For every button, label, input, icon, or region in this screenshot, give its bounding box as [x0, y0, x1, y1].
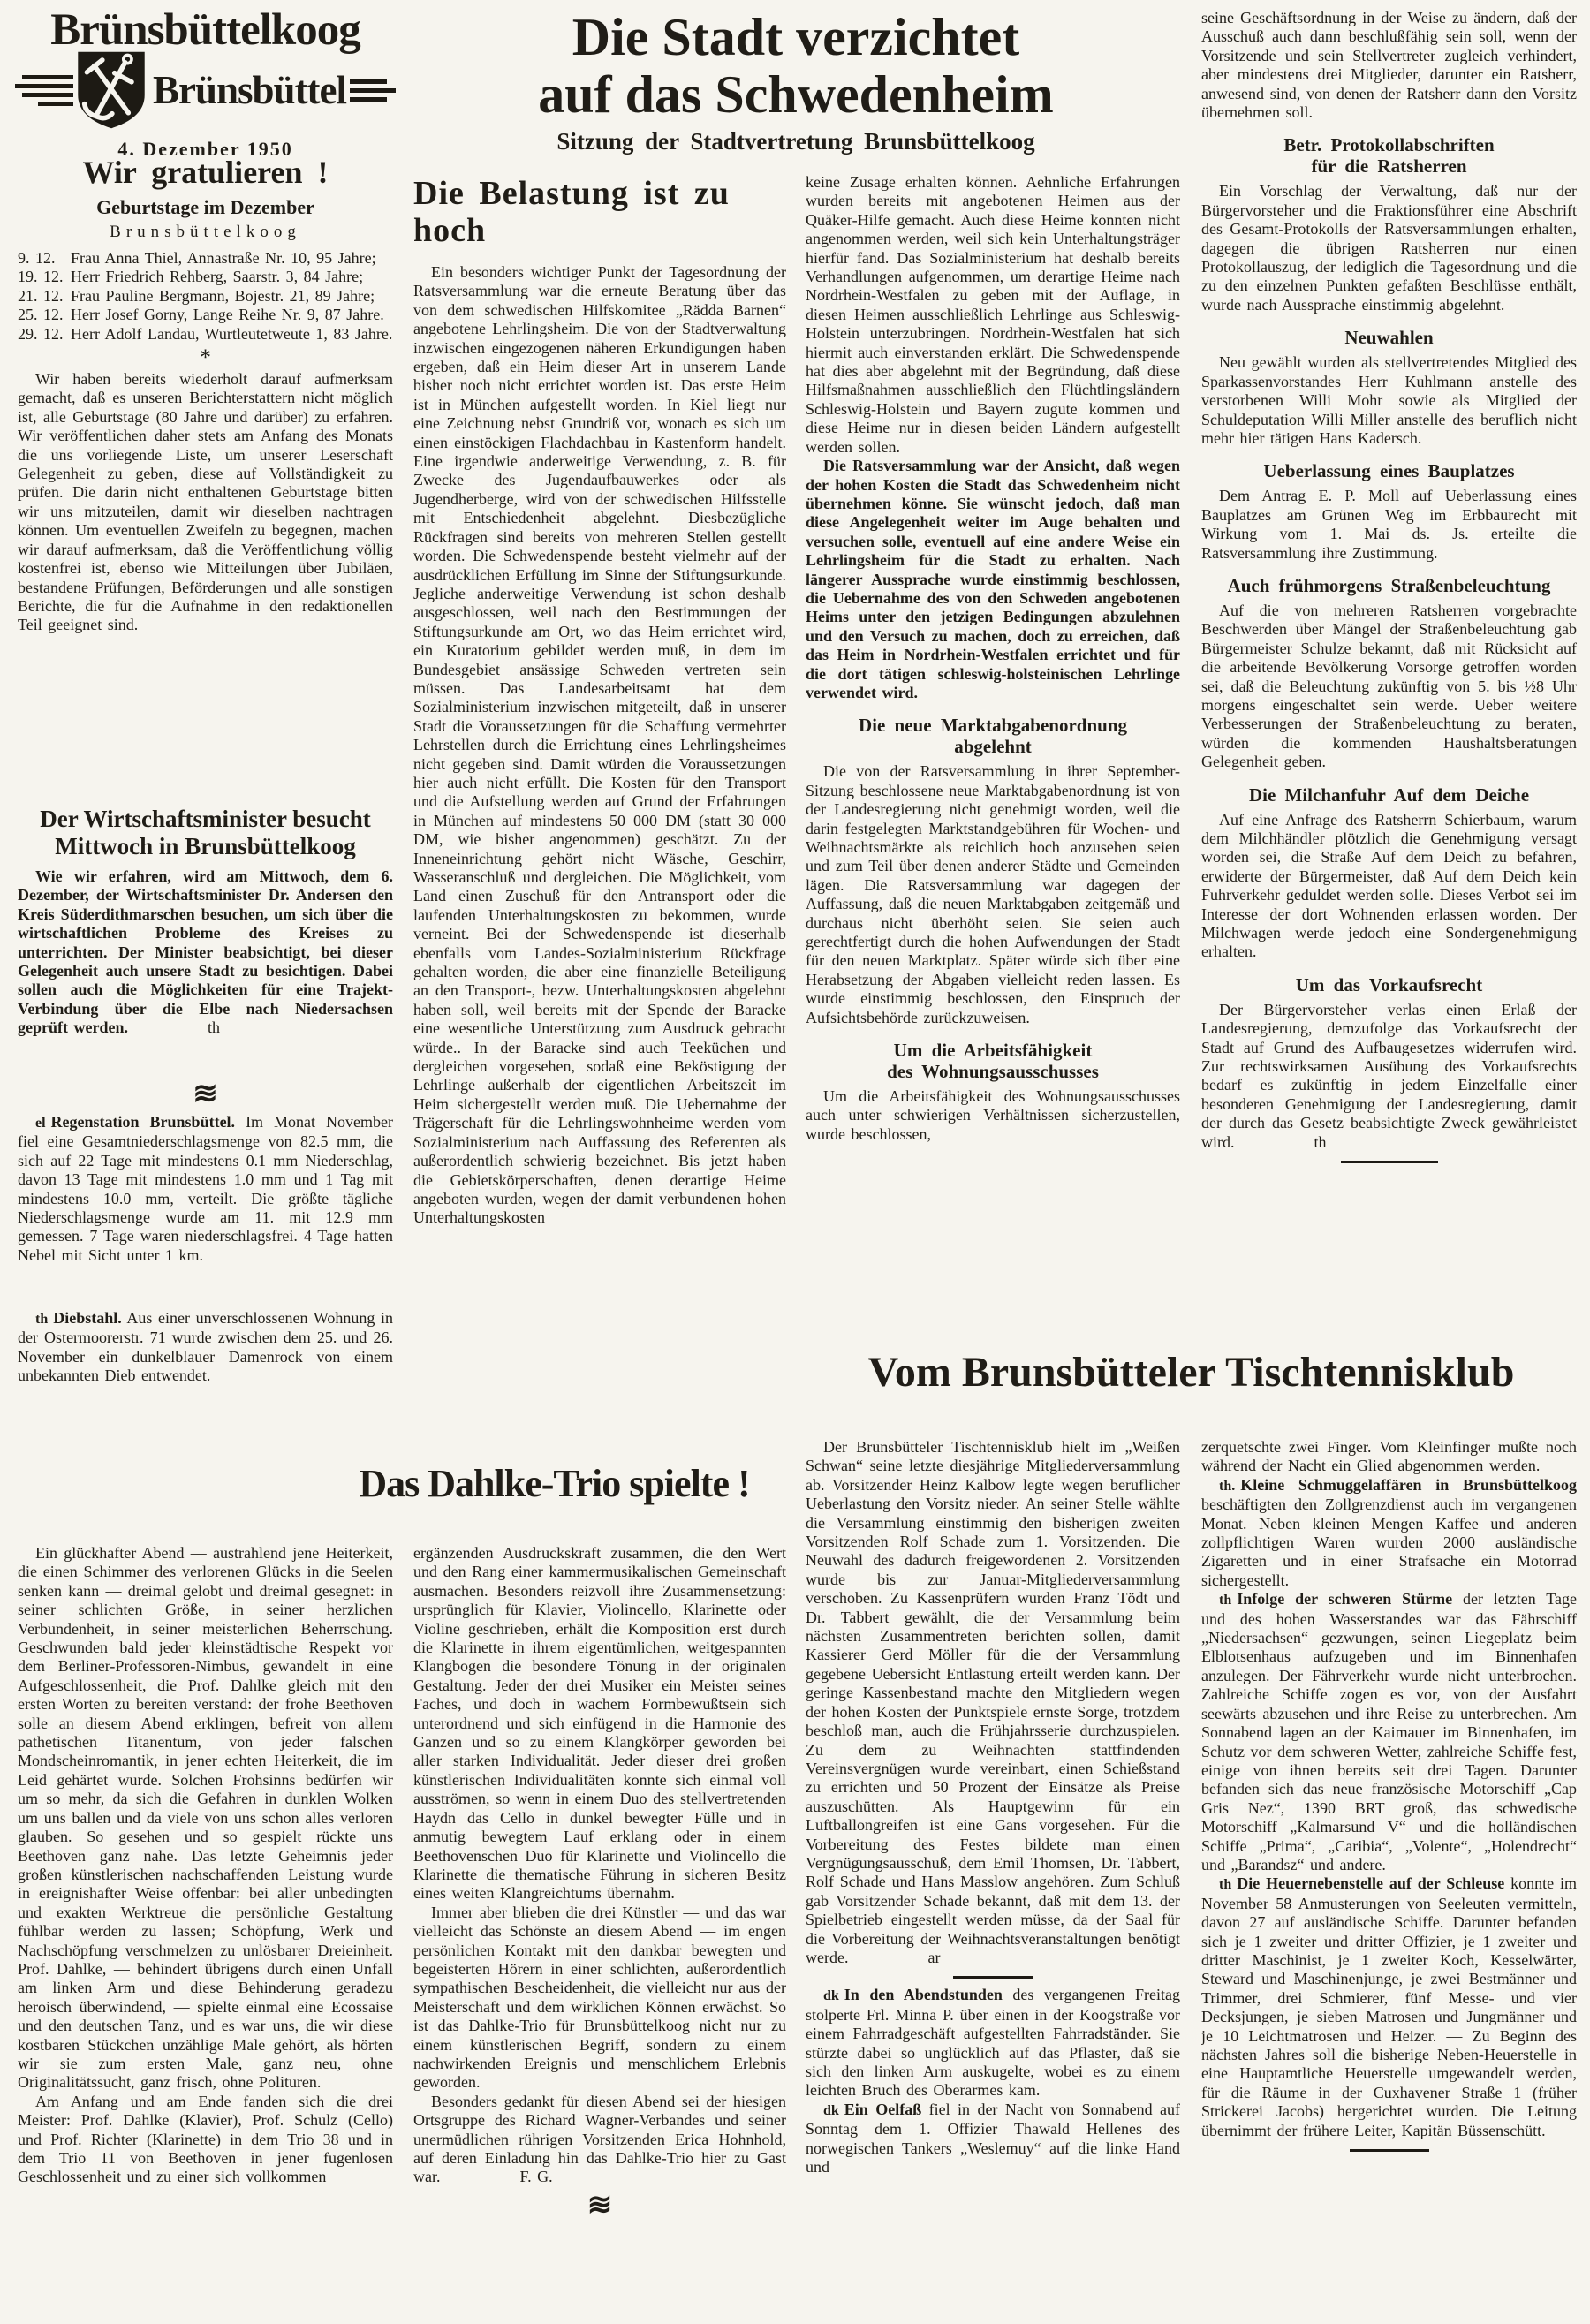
gratulieren-note: Wir haben bereits wiederholt darauf aufm…: [18, 370, 393, 635]
section-title-milchanfuhr: Die Milchanfuhr Auf dem Deiche: [1201, 784, 1577, 806]
gratulieren-title: Wir gratulieren !: [18, 155, 393, 189]
dahlke-col2: ergänzenden Ausdruckskraft zusammen, die…: [413, 1544, 786, 2324]
masthead-title-line2: Brünsbüttel: [153, 70, 346, 110]
wirtschaftsminister-title: Der Wirtschaftsminister besucht Mittwoch…: [18, 806, 393, 860]
newspaper-page: Brünsbüttelkoog Brünsbütte: [0, 0, 1590, 2324]
col4-continuation: seine Geschäftsordnung in der Weise zu ä…: [1201, 9, 1577, 122]
birthday-entry: 19. 12.Herr Friedrich Rehberg, Saarstr. …: [18, 268, 393, 286]
oelfass-continuation: zerquetschte zwei Finger. Vom Kleinfinge…: [1201, 1438, 1577, 1476]
dahlke-paragraph: Immer aber blieben die drei Künstler — u…: [413, 1904, 786, 2093]
gratulieren-place: Brunsbüttelkoog: [18, 223, 393, 242]
speed-lines-right: [350, 79, 396, 102]
shield-anchor-icon: [73, 49, 149, 131]
markt-section-body: Die von der Ratsversammlung in ihrer Sep…: [806, 762, 1180, 1027]
author-initials: F. G.: [503, 2168, 553, 2186]
news-item-heuerstelle: thDie Heuernebenstelle auf der Schleuse …: [1201, 1874, 1577, 2140]
dahlke-headline: Das Dahlke-Trio spielte !: [340, 1463, 768, 1505]
section-title-neuwahlen: Neuwahlen: [1201, 327, 1577, 348]
main-article-col4: seine Geschäftsordnung in der Weise zu ä…: [1201, 9, 1577, 1338]
article-wirtschaftsminister: Der Wirtschaftsminister besucht Mittwoch…: [18, 806, 393, 1038]
main-headline-line2: auf das Schwedenheim: [411, 66, 1181, 124]
dahlke-paragraph: Ein glückhafter Abend — austrahlend jene…: [18, 1544, 393, 2093]
section-body-bauplatz: Dem Antrag E. P. Moll auf Ueberlassung e…: [1201, 487, 1577, 563]
item-marker: el: [35, 1116, 51, 1131]
wohnung-section-title: Um die Arbeitsfähigkeit des Wohnungsauss…: [806, 1040, 1180, 1082]
main-subhead: Sitzung der Stadtvertretung Brunsbüttelk…: [411, 128, 1181, 155]
item-lead: Diebstahl.: [53, 1309, 122, 1327]
masthead-emblem-row: Brünsbüttel: [18, 49, 393, 131]
section-body-milchanfuhr: Auf eine Anfrage des Ratsherrn Schierbau…: [1201, 811, 1577, 962]
birthday-entry: 21. 12.Frau Pauline Bergmann, Bojestr. 2…: [18, 287, 393, 306]
dahlke-paragraph: Am Anfang und am Ende fanden sich die dr…: [18, 2093, 393, 2187]
tischtennis-colA: Der Brunsbütteler Tischtennisklub hielt …: [806, 1438, 1180, 2324]
main-article-col2: Die Belastung ist zu hoch Ein besonders …: [413, 175, 786, 1413]
author-initials: ar: [910, 1949, 940, 1967]
belastung-title: Die Belastung ist zu hoch: [413, 175, 786, 249]
section-title-bauplatz: Ueberlassung eines Bauplatzes: [1201, 460, 1577, 481]
wohnung-section-body: Um die Arbeitsfähigkeit des Wohnungsauss…: [806, 1087, 1180, 1144]
dahlke-paragraph: Besonders gedankt für diesen Abend sei d…: [413, 2093, 786, 2187]
col3-resolution-paragraph: Die Ratsversammlung war der Ansicht, daß…: [806, 457, 1180, 702]
news-item-regenstation: elRegenstation Brunsbüttel. Im Monat Nov…: [18, 1113, 393, 1265]
birthday-entry: 9. 12.Frau Anna Thiel, Annastraße Nr. 10…: [18, 249, 393, 268]
speed-lines-left: [15, 75, 73, 106]
article-end-rule: [1341, 1161, 1438, 1163]
markt-section-title: Die neue Marktabgabenordnung abgelehnt: [806, 715, 1180, 757]
main-article-col3: keine Zusage erhalten können. Aehnliche …: [806, 173, 1180, 1330]
wirtschaftsminister-body: Wie wir erfahren, wird am Mittwoch, dem …: [18, 867, 393, 1038]
section-body-protokoll: Ein Vorschlag der Verwaltung, daß nur de…: [1201, 182, 1577, 314]
main-headline-line1: Die Stadt verzichtet: [411, 9, 1181, 66]
news-item-diebstahl: thDiebstahl. Aus einer unverschlossenen …: [18, 1309, 393, 1386]
wave-divider: ≋: [413, 2192, 786, 2219]
item-divider-rule: [1350, 2149, 1429, 2152]
news-item-abendstunden: dkIn den Abendstunden des vergangenen Fr…: [806, 1986, 1180, 2100]
tischtennis-colB: zerquetschte zwei Finger. Vom Kleinfinge…: [1201, 1438, 1577, 2324]
birthday-entry: 25. 12.Herr Josef Gorny, Lange Reihe Nr.…: [18, 306, 393, 324]
tischtennis-headline: Vom Brunsbütteler Tischtennisklub: [806, 1350, 1577, 1396]
dahlke-col1: Ein glückhafter Abend — austrahlend jene…: [18, 1544, 393, 2324]
birthday-list: 9. 12.Frau Anna Thiel, Annastraße Nr. 10…: [18, 249, 393, 344]
author-initials: th: [1297, 1133, 1327, 1152]
section-title-vorkaufsrecht: Um das Vorkaufsrecht: [1201, 974, 1577, 995]
section-body-strassenbeleuchtung: Auf die von mehreren Ratsherren vorgebra…: [1201, 602, 1577, 772]
birthday-entry: 29. 12.Herr Adolf Landau, Wurtleutetweut…: [18, 325, 393, 344]
wave-divider: ≋: [18, 1081, 393, 1108]
news-item-oelfass: dkEin Oelfaß fiel in der Nacht von Sonna…: [806, 2101, 1180, 2177]
article-gratulieren: Wir gratulieren ! Geburtstage im Dezembe…: [18, 155, 393, 635]
section-body-neuwahlen: Neu gewählt wurden als stellvertretendes…: [1201, 353, 1577, 448]
item-lead: Regenstation Brunsbüttel.: [51, 1113, 236, 1131]
section-title-strassenbeleuchtung: Auch frühmorgens Straßenbeleuchtung: [1201, 575, 1577, 596]
section-body-vorkaufsrecht: Der Bürgervorsteher verlas einen Erlaß d…: [1201, 1001, 1577, 1152]
news-item-stuerme: thInfolge der schweren Stürme der letzte…: [1201, 1590, 1577, 1874]
item-marker: th: [35, 1312, 53, 1327]
author-initials: th: [190, 1018, 220, 1037]
main-headline: Die Stadt verzichtet auf das Schwedenhei…: [411, 9, 1181, 155]
main-article-col2-text: Ein besonders wichtiger Punkt der Tageso…: [413, 263, 786, 1228]
section-title-protokoll: Betr. Protokollabschriften für die Ratsh…: [1201, 134, 1577, 177]
tischtennis-report: Der Brunsbütteler Tischtennisklub hielt …: [806, 1438, 1180, 1967]
dahlke-paragraph: ergänzenden Ausdruckskraft zusammen, die…: [413, 1544, 786, 1904]
col3-paragraph: keine Zusage erhalten können. Aehnliche …: [806, 173, 1180, 457]
gratulieren-subtitle: Geburtstage im Dezember: [18, 196, 393, 219]
news-item-schmuggel: th.Kleine Schmuggelaffären in Brunsbütte…: [1201, 1476, 1577, 1590]
masthead: Brünsbüttelkoog Brünsbütte: [18, 7, 393, 161]
asterisk-divider: *: [18, 349, 393, 367]
masthead-title-line1: Brünsbüttelkoog: [18, 7, 393, 53]
item-divider-rule: [953, 1976, 1033, 1979]
